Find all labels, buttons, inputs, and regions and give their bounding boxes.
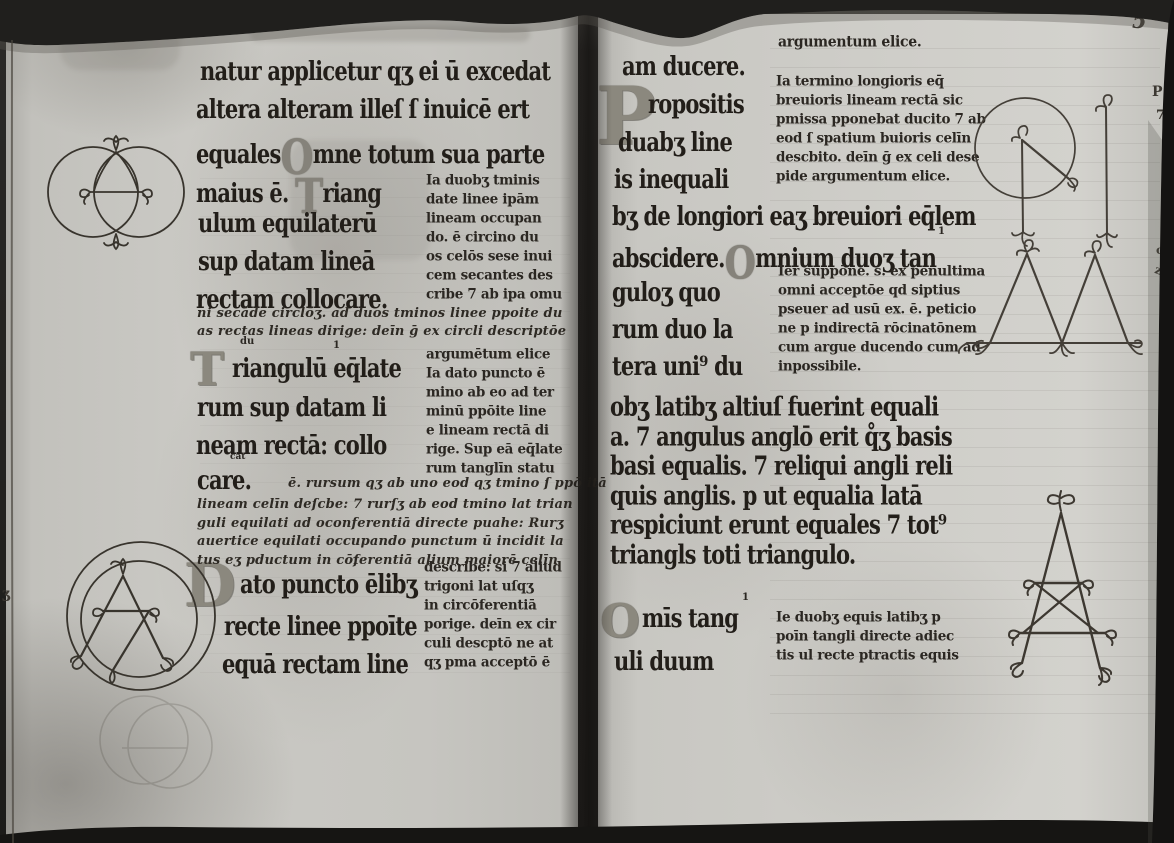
right-gloss-block-bottom: Ie duobʒ equis latibʒ p poīn tangli dire… [776,608,959,665]
right-main-line: mīs tang [642,602,738,633]
gloss-line: minū ppōite line [426,402,562,422]
gloss-line: omni acceptōe qd siptius [778,281,985,301]
left-main-line: rum sup datam li [197,391,386,422]
left-main-line: neam rectā: collo [196,429,387,460]
right-margin-letter-seven: 7 [1156,108,1165,123]
gloss-line: eod ſ spatium buioris celīn [776,129,986,149]
right-main-block: obʒ latibʒ altiuſ fuerint equali a. 7 an… [610,388,952,566]
right-main-line: is inequali [614,163,728,194]
right-main-line: tera uni⁹ du [612,350,742,381]
showthrough-corner [60,20,180,70]
gloss-line: culi descptō ne at [424,634,562,654]
gloss-line: os celōs sese inui [426,247,562,267]
left-main-line: care. [197,464,251,495]
left-main-line: sup datam lineā [198,245,374,276]
small-line: auertice equilati occupando punctum ū in… [197,533,573,552]
small-line: guli equilati ad oconferentiā directe pu… [197,515,573,534]
superscript-mark: 1 [742,592,749,603]
superscript-mark: 1 [352,556,359,567]
gloss-line: Ie duobʒ equis latibʒ p [776,608,959,628]
gloss-line: date linee ipām [426,190,562,210]
gloss-line: Ia dato puncto ē [426,364,562,384]
right-main-line: uli duum [614,645,714,676]
gloss-line: ne p indirectā rōcinatōnem [778,319,985,339]
left-gloss-block-1: Ia duobʒ tminis date linee ipām lineam o… [426,171,562,304]
right-gloss-block-mid: Ier suppōne. s. ex penultima omni accept… [778,262,985,376]
right-main-line: am ducere. [622,50,745,81]
right-main-line: bʒ de longiori eaʒ breuiori eq̄lem [612,200,976,231]
right-gloss-block-top: Ia termino longioris eq̄ breuioris linea… [776,72,986,186]
gloss-line: cribe 7 ab ipa omu [426,285,562,305]
initial-omnium: O [725,237,756,290]
diagram-double-triangle [955,228,1160,368]
diagram-intersecting-circles-triangle [32,128,202,308]
small-line: lineam celīn deſcbe: 7 rurſʒ ab eod tmin… [197,496,573,515]
diagram-crossed-triangle [1000,478,1135,703]
gloss-line: inpossibile. [778,357,985,377]
gloss-line: lineam occupan [426,209,562,229]
superscript-mark: cāt [230,452,245,462]
gloss-line: cem secantes des [426,266,562,286]
left-main-line: ulum equilaterū [198,207,376,238]
gloss-line: rige. Sup eā eq̄late [426,440,562,460]
initial-triangulum: T [190,346,224,392]
showthrough-text [250,26,530,42]
gloss-line: breuioris lineam rectā sic [776,91,986,111]
superscript-mark: 1 [333,340,340,351]
gloss-line: describe: si 7 aliud [424,558,562,578]
right-main-line: guloʒ quo [612,276,720,307]
right-main-line: triangls toti triangulo. [610,536,952,573]
gloss-line: poīn tangli directe adiec [776,627,959,647]
left-gloss-block-3: describe: si 7 aliud trigoni lat uſqʒ in… [424,558,562,672]
quire-mark: ·7· [727,4,748,22]
left-main-line: recte linee ppoīte [224,610,417,641]
gloss-line: argumētum elice [426,345,562,365]
left-main-line: natur applicetur qʒ ei ū excedat [200,55,550,86]
gloss-line: porige. deīn ex cir [424,615,562,635]
left-small-line: ē. rursum qʒ ab uno eod qʒ tmino ſ ppō i… [288,476,607,491]
gloss-line: do. ē circino du [426,228,562,248]
diagram-concentric-circles-a [55,530,235,710]
gloss-line: trigoni lat uſqʒ [424,577,562,597]
gloss-line: tis ul recte ptractis equis [776,646,959,666]
gloss-line: Ia termino longioris eq̄ [776,72,986,92]
gloss-line: cum argue ducendo cum ad [778,338,985,358]
left-small-line: ni secāde circlōʒ. ad duos tminos linee … [197,306,563,321]
gloss-line: mino ab eo ad ter [426,383,562,403]
left-main-line: equā rectam line [222,648,408,679]
folio-number: 5 [1132,8,1147,33]
gutter-shadow [560,0,612,843]
left-main-line: riangulū eq̄late [232,352,401,383]
gloss-line: pmissa pponebat ducito 7 ab [776,110,986,130]
gloss-line: Ia duobʒ tminis [426,171,562,191]
right-main-line: rum duo la [612,313,733,344]
gloss-line: Ier suppōne. s. ex penultima [778,262,985,282]
left-gloss-block-2: argumētum elice Ia dato puncto ē mino ab… [426,345,562,478]
manuscript-photo: ·7· 5 natur applicetur qʒ ei ū excedat a… [0,0,1174,843]
diagram-ghost-circles [82,688,222,813]
left-main-line: ato puncto ēlibʒ [240,568,417,599]
left-margin-mark: ʒ [2,586,10,602]
right-margin-letter-p: P [1152,84,1163,100]
right-main-line: duabʒ line [618,126,732,157]
superscript-mark: 1 [938,226,945,237]
gloss-line: e lineam rectā di [426,421,562,441]
superscript-mark: du [240,336,254,347]
gloss-line: pide argumentum elice. [776,167,986,187]
gloss-line: pseuer ad usū ex. ē. peticio [778,300,985,320]
gloss-line: qʒ pma acceptō ē [424,653,562,673]
gloss-line: in circōferentiā [424,596,562,616]
right-gloss-lead: argumentum elice. [778,34,921,51]
right-main-line: ropositis [648,88,744,119]
gloss-line: descbito. deīn ḡ ex celi dese [776,148,986,168]
left-main-line: altera alteram illeſ ſ inuicē ert [196,93,529,124]
